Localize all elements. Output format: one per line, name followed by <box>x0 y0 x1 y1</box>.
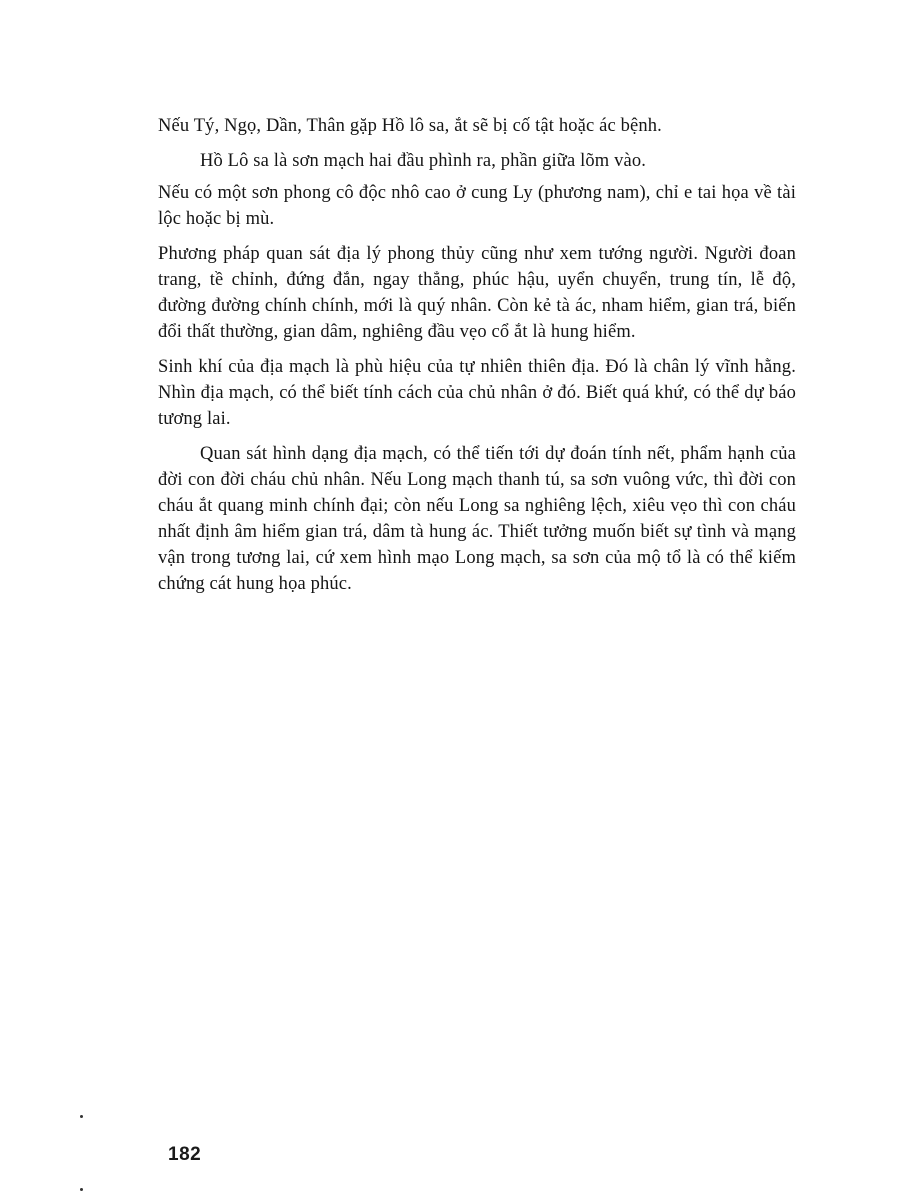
paragraph-1: Nếu Tý, Ngọ, Dần, Thân gặp Hồ lô sa, ắt … <box>158 113 796 139</box>
body-text: Nếu Tý, Ngọ, Dần, Thân gặp Hồ lô sa, ắt … <box>158 113 796 606</box>
paragraph-3: Nếu có một sơn phong cô độc nhô cao ở cu… <box>158 180 796 232</box>
scan-speck <box>80 1115 83 1118</box>
paragraph-5: Sinh khí của địa mạch là phù hiệu của tự… <box>158 354 796 432</box>
scan-speck <box>80 1188 83 1191</box>
paragraph-2: Hồ Lô sa là sơn mạch hai đầu phình ra, p… <box>158 148 796 174</box>
book-page: Nếu Tý, Ngọ, Dần, Thân gặp Hồ lô sa, ắt … <box>0 0 921 1200</box>
paragraph-4: Phương pháp quan sát địa lý phong thủy c… <box>158 241 796 345</box>
page-number: 182 <box>168 1144 201 1166</box>
paragraph-6: Quan sát hình dạng địa mạch, có thể tiến… <box>158 441 796 597</box>
